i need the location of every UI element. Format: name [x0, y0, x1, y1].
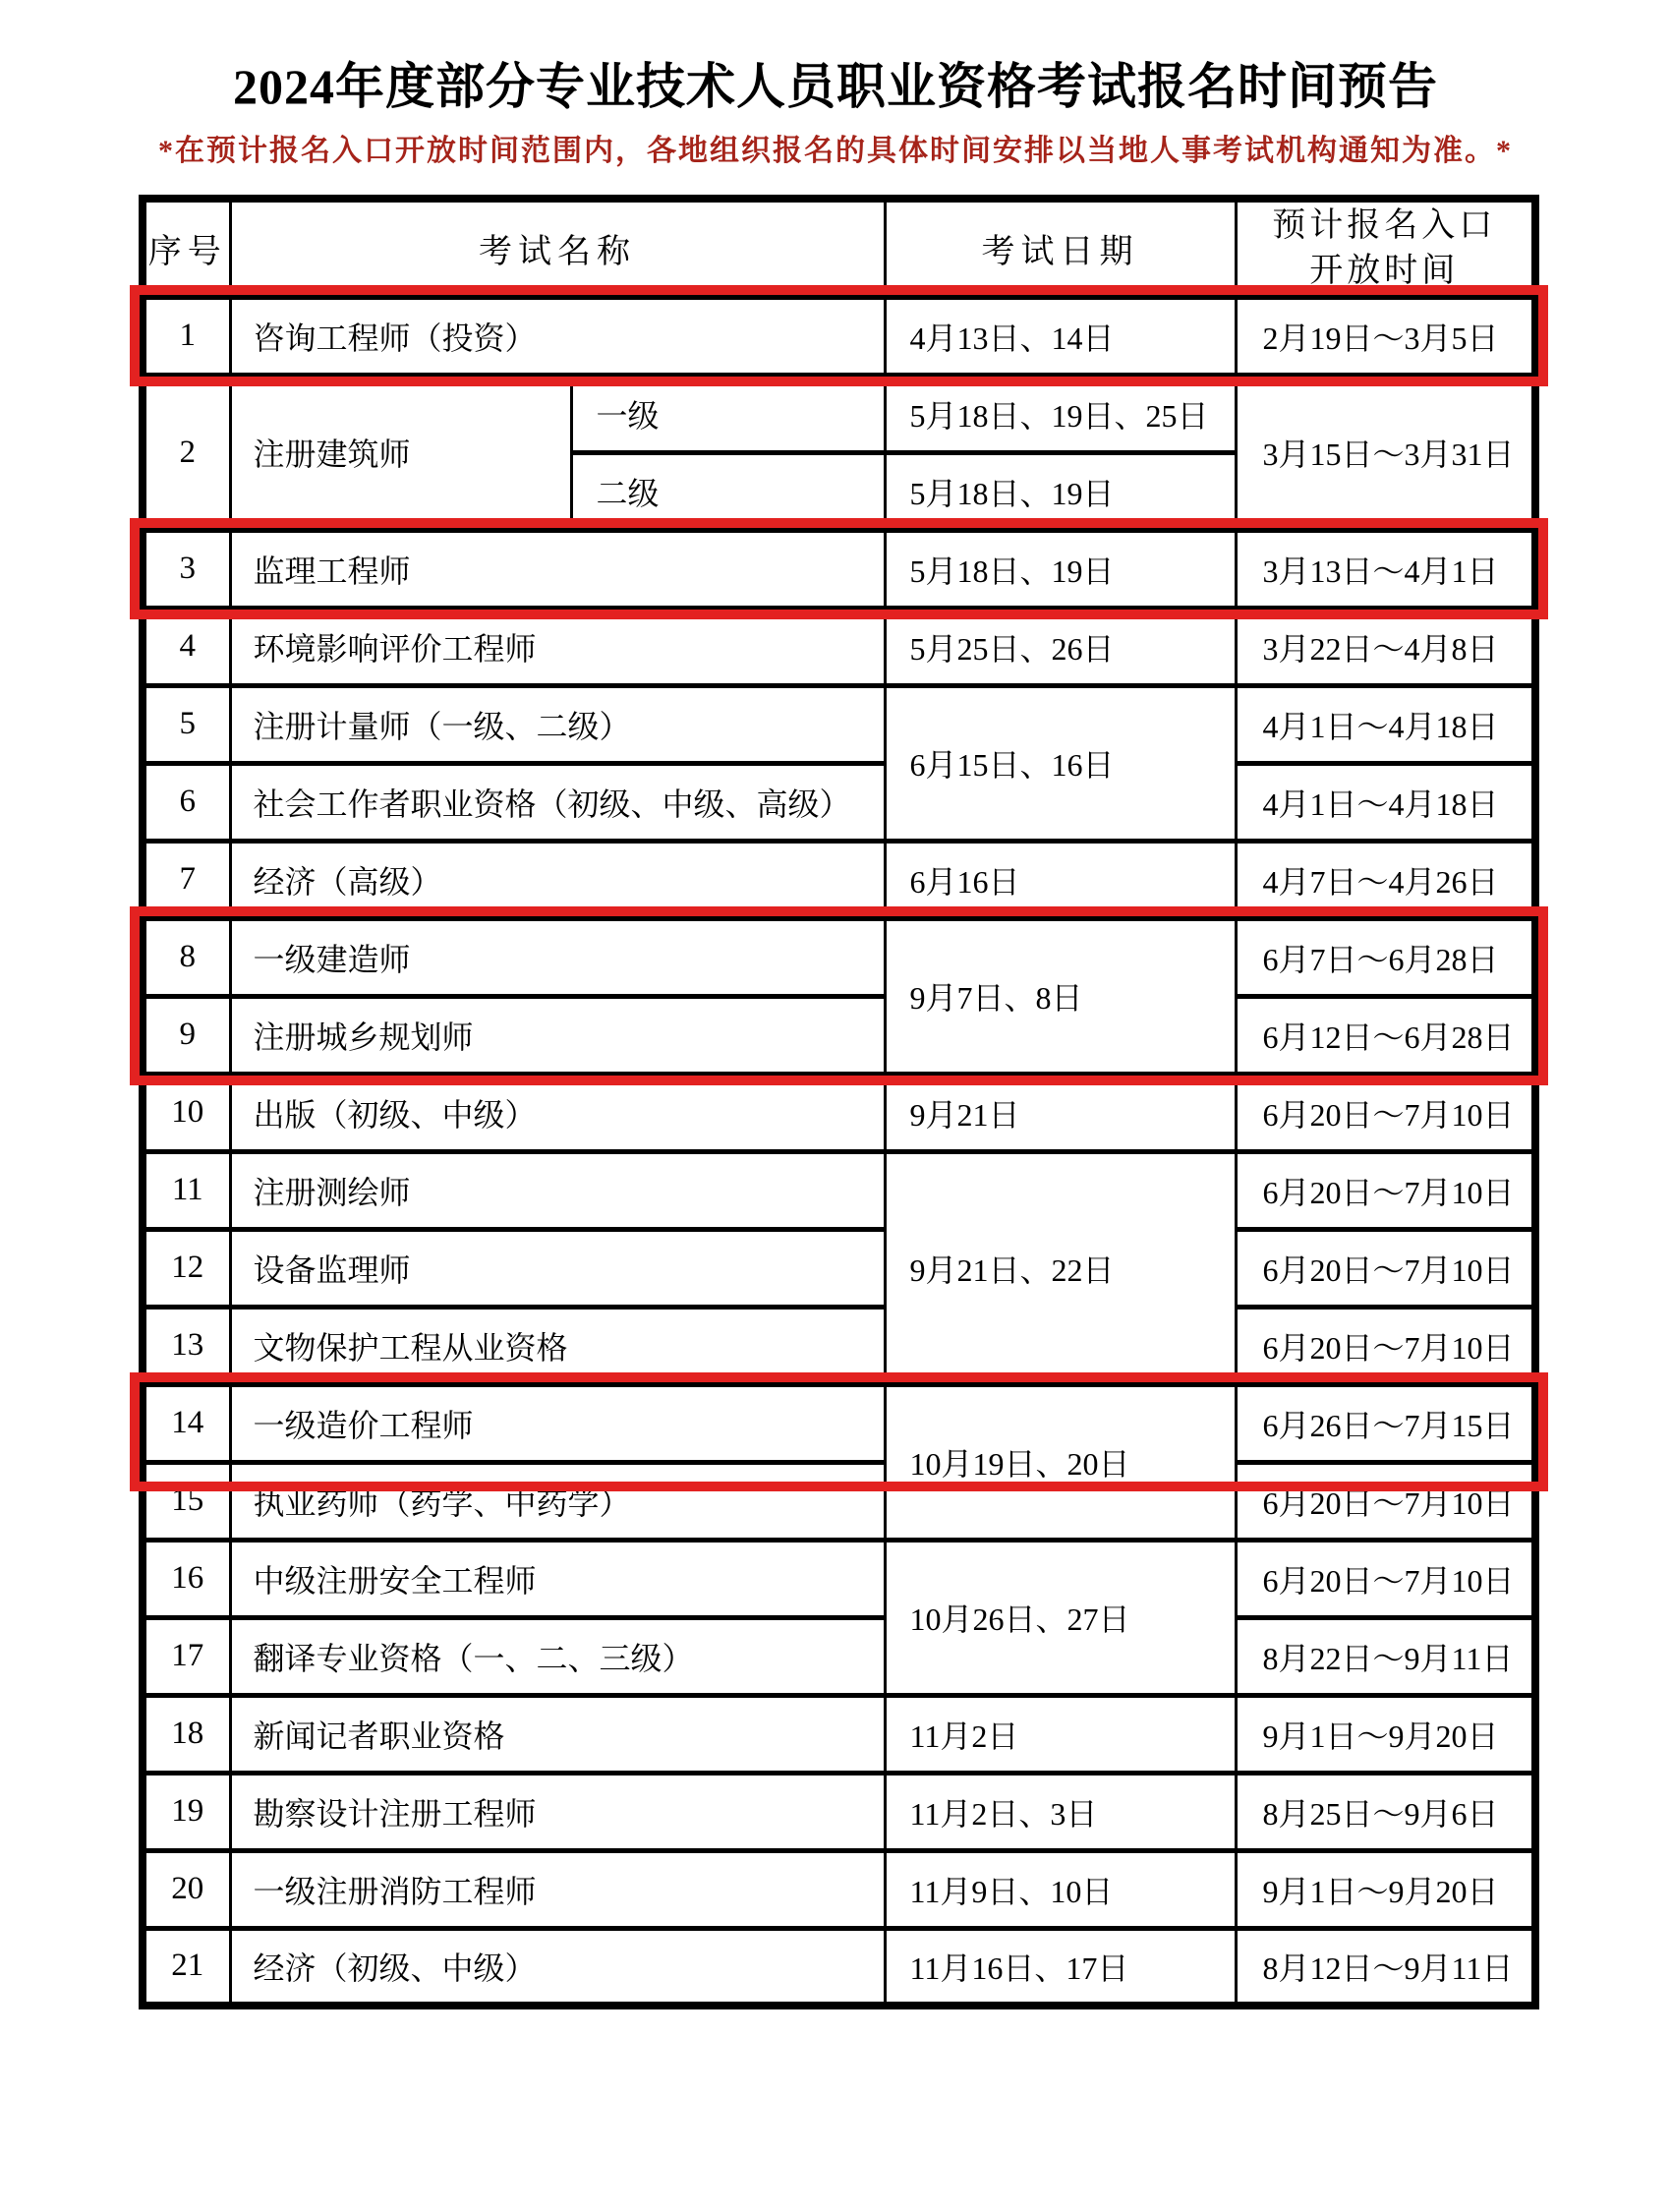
table-row: 1 咨询工程师（投资） 4月13日、14日 2月19日～3月5日	[143, 297, 1535, 375]
table-row: 20 一级注册消防工程师 11月9日、10日 9月1日～9月20日	[143, 1850, 1535, 1928]
cell-reg-period: 8月22日～9月11日	[1236, 1617, 1535, 1695]
table-row: 14 一级造价工程师 10月19日、20日 6月26日～7月15日	[143, 1384, 1535, 1462]
cell-exam-name: 一级建造师	[230, 918, 885, 996]
cell-no: 11	[143, 1151, 230, 1229]
cell-reg-period: 6月20日～7月10日	[1236, 1307, 1535, 1384]
col-header-date: 考试日期	[885, 199, 1236, 297]
cell-no: 20	[143, 1850, 230, 1928]
exam-table: 序号 考试名称 考试日期 预计报名入口 开放时间 1 咨询工程师（投资） 4月1…	[139, 195, 1539, 2009]
cell-no: 5	[143, 685, 230, 763]
table-row: 13 文物保护工程从业资格 6月20日～7月10日	[143, 1307, 1535, 1384]
cell-no: 8	[143, 918, 230, 996]
col-header-name: 考试名称	[230, 199, 885, 297]
cell-exam-name: 出版（初级、中级）	[230, 1074, 885, 1151]
cell-exam-level: 二级	[571, 452, 885, 530]
cell-no: 3	[143, 530, 230, 608]
notice-page: 2024年度部分专业技术人员职业资格考试报名时间预告 *在预计报名入口开放时间范…	[0, 0, 1671, 2212]
cell-exam-name: 咨询工程师（投资）	[230, 297, 885, 375]
cell-exam-date: 9月21日、22日	[885, 1151, 1236, 1384]
cell-exam-name: 翻译专业资格（一、二、三级）	[230, 1617, 885, 1695]
cell-exam-name: 中级注册安全工程师	[230, 1540, 885, 1617]
cell-no: 6	[143, 763, 230, 841]
cell-reg-period: 3月13日～4月1日	[1236, 530, 1535, 608]
cell-exam-name: 一级造价工程师	[230, 1384, 885, 1462]
cell-exam-date: 11月16日、17日	[885, 1928, 1236, 2006]
cell-reg-period: 9月1日～9月20日	[1236, 1695, 1535, 1773]
cell-reg-period: 8月12日～9月11日	[1236, 1928, 1535, 2006]
cell-exam-date: 5月18日、19日	[885, 530, 1236, 608]
cell-no: 15	[143, 1462, 230, 1540]
cell-exam-name: 经济（高级）	[230, 841, 885, 918]
cell-exam-date: 5月18日、19日、25日	[885, 375, 1236, 452]
cell-reg-period: 3月22日～4月8日	[1236, 608, 1535, 685]
cell-exam-name: 执业药师（药学、中药学）	[230, 1462, 885, 1540]
cell-exam-date: 10月26日、27日	[885, 1540, 1236, 1695]
cell-exam-name: 设备监理师	[230, 1229, 885, 1307]
table-row: 9 注册城乡规划师 6月12日～6月28日	[143, 996, 1535, 1074]
cell-exam-name: 经济（初级、中级）	[230, 1928, 885, 2006]
cell-no: 9	[143, 996, 230, 1074]
cell-exam-name: 新闻记者职业资格	[230, 1695, 885, 1773]
cell-reg-period: 6月20日～7月10日	[1236, 1462, 1535, 1540]
table-row: 2 注册建筑师 一级 5月18日、19日、25日 3月15日～3月31日	[143, 375, 1535, 452]
cell-exam-name: 勘察设计注册工程师	[230, 1773, 885, 1850]
cell-no: 2	[143, 375, 230, 530]
cell-no: 19	[143, 1773, 230, 1850]
table-row: 7 经济（高级） 6月16日 4月7日～4月26日	[143, 841, 1535, 918]
col-header-reg: 预计报名入口 开放时间	[1236, 199, 1535, 297]
cell-reg-period: 6月26日～7月15日	[1236, 1384, 1535, 1462]
cell-exam-date: 9月7日、8日	[885, 918, 1236, 1074]
cell-reg-period: 8月25日～9月6日	[1236, 1773, 1535, 1850]
cell-reg-period: 6月20日～7月10日	[1236, 1229, 1535, 1307]
cell-exam-date: 6月15日、16日	[885, 685, 1236, 841]
table-row: 15 执业药师（药学、中药学） 6月20日～7月10日	[143, 1462, 1535, 1540]
cell-no: 12	[143, 1229, 230, 1307]
table-row: 19 勘察设计注册工程师 11月2日、3日 8月25日～9月6日	[143, 1773, 1535, 1850]
table-row: 4 环境影响评价工程师 5月25日、26日 3月22日～4月8日	[143, 608, 1535, 685]
cell-exam-name: 环境影响评价工程师	[230, 608, 885, 685]
cell-exam-name: 注册建筑师	[230, 375, 571, 530]
cell-no: 21	[143, 1928, 230, 2006]
cell-exam-date: 10月19日、20日	[885, 1384, 1236, 1540]
table-row: 17 翻译专业资格（一、二、三级） 8月22日～9月11日	[143, 1617, 1535, 1695]
cell-exam-name: 注册计量师（一级、二级）	[230, 685, 885, 763]
cell-exam-date: 4月13日、14日	[885, 297, 1236, 375]
cell-exam-name: 监理工程师	[230, 530, 885, 608]
page-subtitle: *在预计报名入口开放时间范围内，各地组织报名的具体时间安排以当地人事考试机构通知…	[0, 134, 1671, 169]
cell-reg-period: 3月15日～3月31日	[1236, 375, 1535, 530]
cell-reg-period: 6月20日～7月10日	[1236, 1540, 1535, 1617]
cell-reg-period: 9月1日～9月20日	[1236, 1850, 1535, 1928]
cell-exam-date: 6月16日	[885, 841, 1236, 918]
cell-exam-date: 11月2日、3日	[885, 1773, 1236, 1850]
page-title: 2024年度部分专业技术人员职业资格考试报名时间预告	[0, 55, 1671, 118]
table-row: 21 经济（初级、中级） 11月16日、17日 8月12日～9月11日	[143, 1928, 1535, 2006]
cell-exam-date: 5月25日、26日	[885, 608, 1236, 685]
cell-exam-date: 11月2日	[885, 1695, 1236, 1773]
cell-no: 18	[143, 1695, 230, 1773]
table-row: 12 设备监理师 6月20日～7月10日	[143, 1229, 1535, 1307]
cell-reg-period: 6月20日～7月10日	[1236, 1074, 1535, 1151]
cell-exam-date: 11月9日、10日	[885, 1850, 1236, 1928]
cell-no: 7	[143, 841, 230, 918]
cell-reg-period: 4月1日～4月18日	[1236, 763, 1535, 841]
table-row: 16 中级注册安全工程师 10月26日、27日 6月20日～7月10日	[143, 1540, 1535, 1617]
cell-no: 17	[143, 1617, 230, 1695]
cell-exam-level: 一级	[571, 375, 885, 452]
cell-exam-date: 9月21日	[885, 1074, 1236, 1151]
table-row: 11 注册测绘师 9月21日、22日 6月20日～7月10日	[143, 1151, 1535, 1229]
cell-exam-name: 注册测绘师	[230, 1151, 885, 1229]
exam-table-wrap: 序号 考试名称 考试日期 预计报名入口 开放时间 1 咨询工程师（投资） 4月1…	[139, 195, 1531, 2009]
cell-reg-period: 4月7日～4月26日	[1236, 841, 1535, 918]
cell-no: 13	[143, 1307, 230, 1384]
table-row: 6 社会工作者职业资格（初级、中级、高级） 4月1日～4月18日	[143, 763, 1535, 841]
cell-no: 16	[143, 1540, 230, 1617]
cell-exam-name: 一级注册消防工程师	[230, 1850, 885, 1928]
cell-no: 14	[143, 1384, 230, 1462]
table-row: 18 新闻记者职业资格 11月2日 9月1日～9月20日	[143, 1695, 1535, 1773]
cell-no: 4	[143, 608, 230, 685]
col-header-no: 序号	[143, 199, 230, 297]
cell-reg-period: 6月20日～7月10日	[1236, 1151, 1535, 1229]
cell-exam-name: 社会工作者职业资格（初级、中级、高级）	[230, 763, 885, 841]
cell-exam-name: 文物保护工程从业资格	[230, 1307, 885, 1384]
cell-no: 10	[143, 1074, 230, 1151]
cell-exam-name: 注册城乡规划师	[230, 996, 885, 1074]
table-row: 3 监理工程师 5月18日、19日 3月13日～4月1日	[143, 530, 1535, 608]
table-header-row: 序号 考试名称 考试日期 预计报名入口 开放时间	[143, 199, 1535, 297]
table-row: 5 注册计量师（一级、二级） 6月15日、16日 4月1日～4月18日	[143, 685, 1535, 763]
cell-reg-period: 6月7日～6月28日	[1236, 918, 1535, 996]
cell-reg-period: 4月1日～4月18日	[1236, 685, 1535, 763]
cell-reg-period: 2月19日～3月5日	[1236, 297, 1535, 375]
table-row: 8 一级建造师 9月7日、8日 6月7日～6月28日	[143, 918, 1535, 996]
cell-reg-period: 6月12日～6月28日	[1236, 996, 1535, 1074]
table-row: 10 出版（初级、中级） 9月21日 6月20日～7月10日	[143, 1074, 1535, 1151]
cell-no: 1	[143, 297, 230, 375]
cell-exam-date: 5月18日、19日	[885, 452, 1236, 530]
